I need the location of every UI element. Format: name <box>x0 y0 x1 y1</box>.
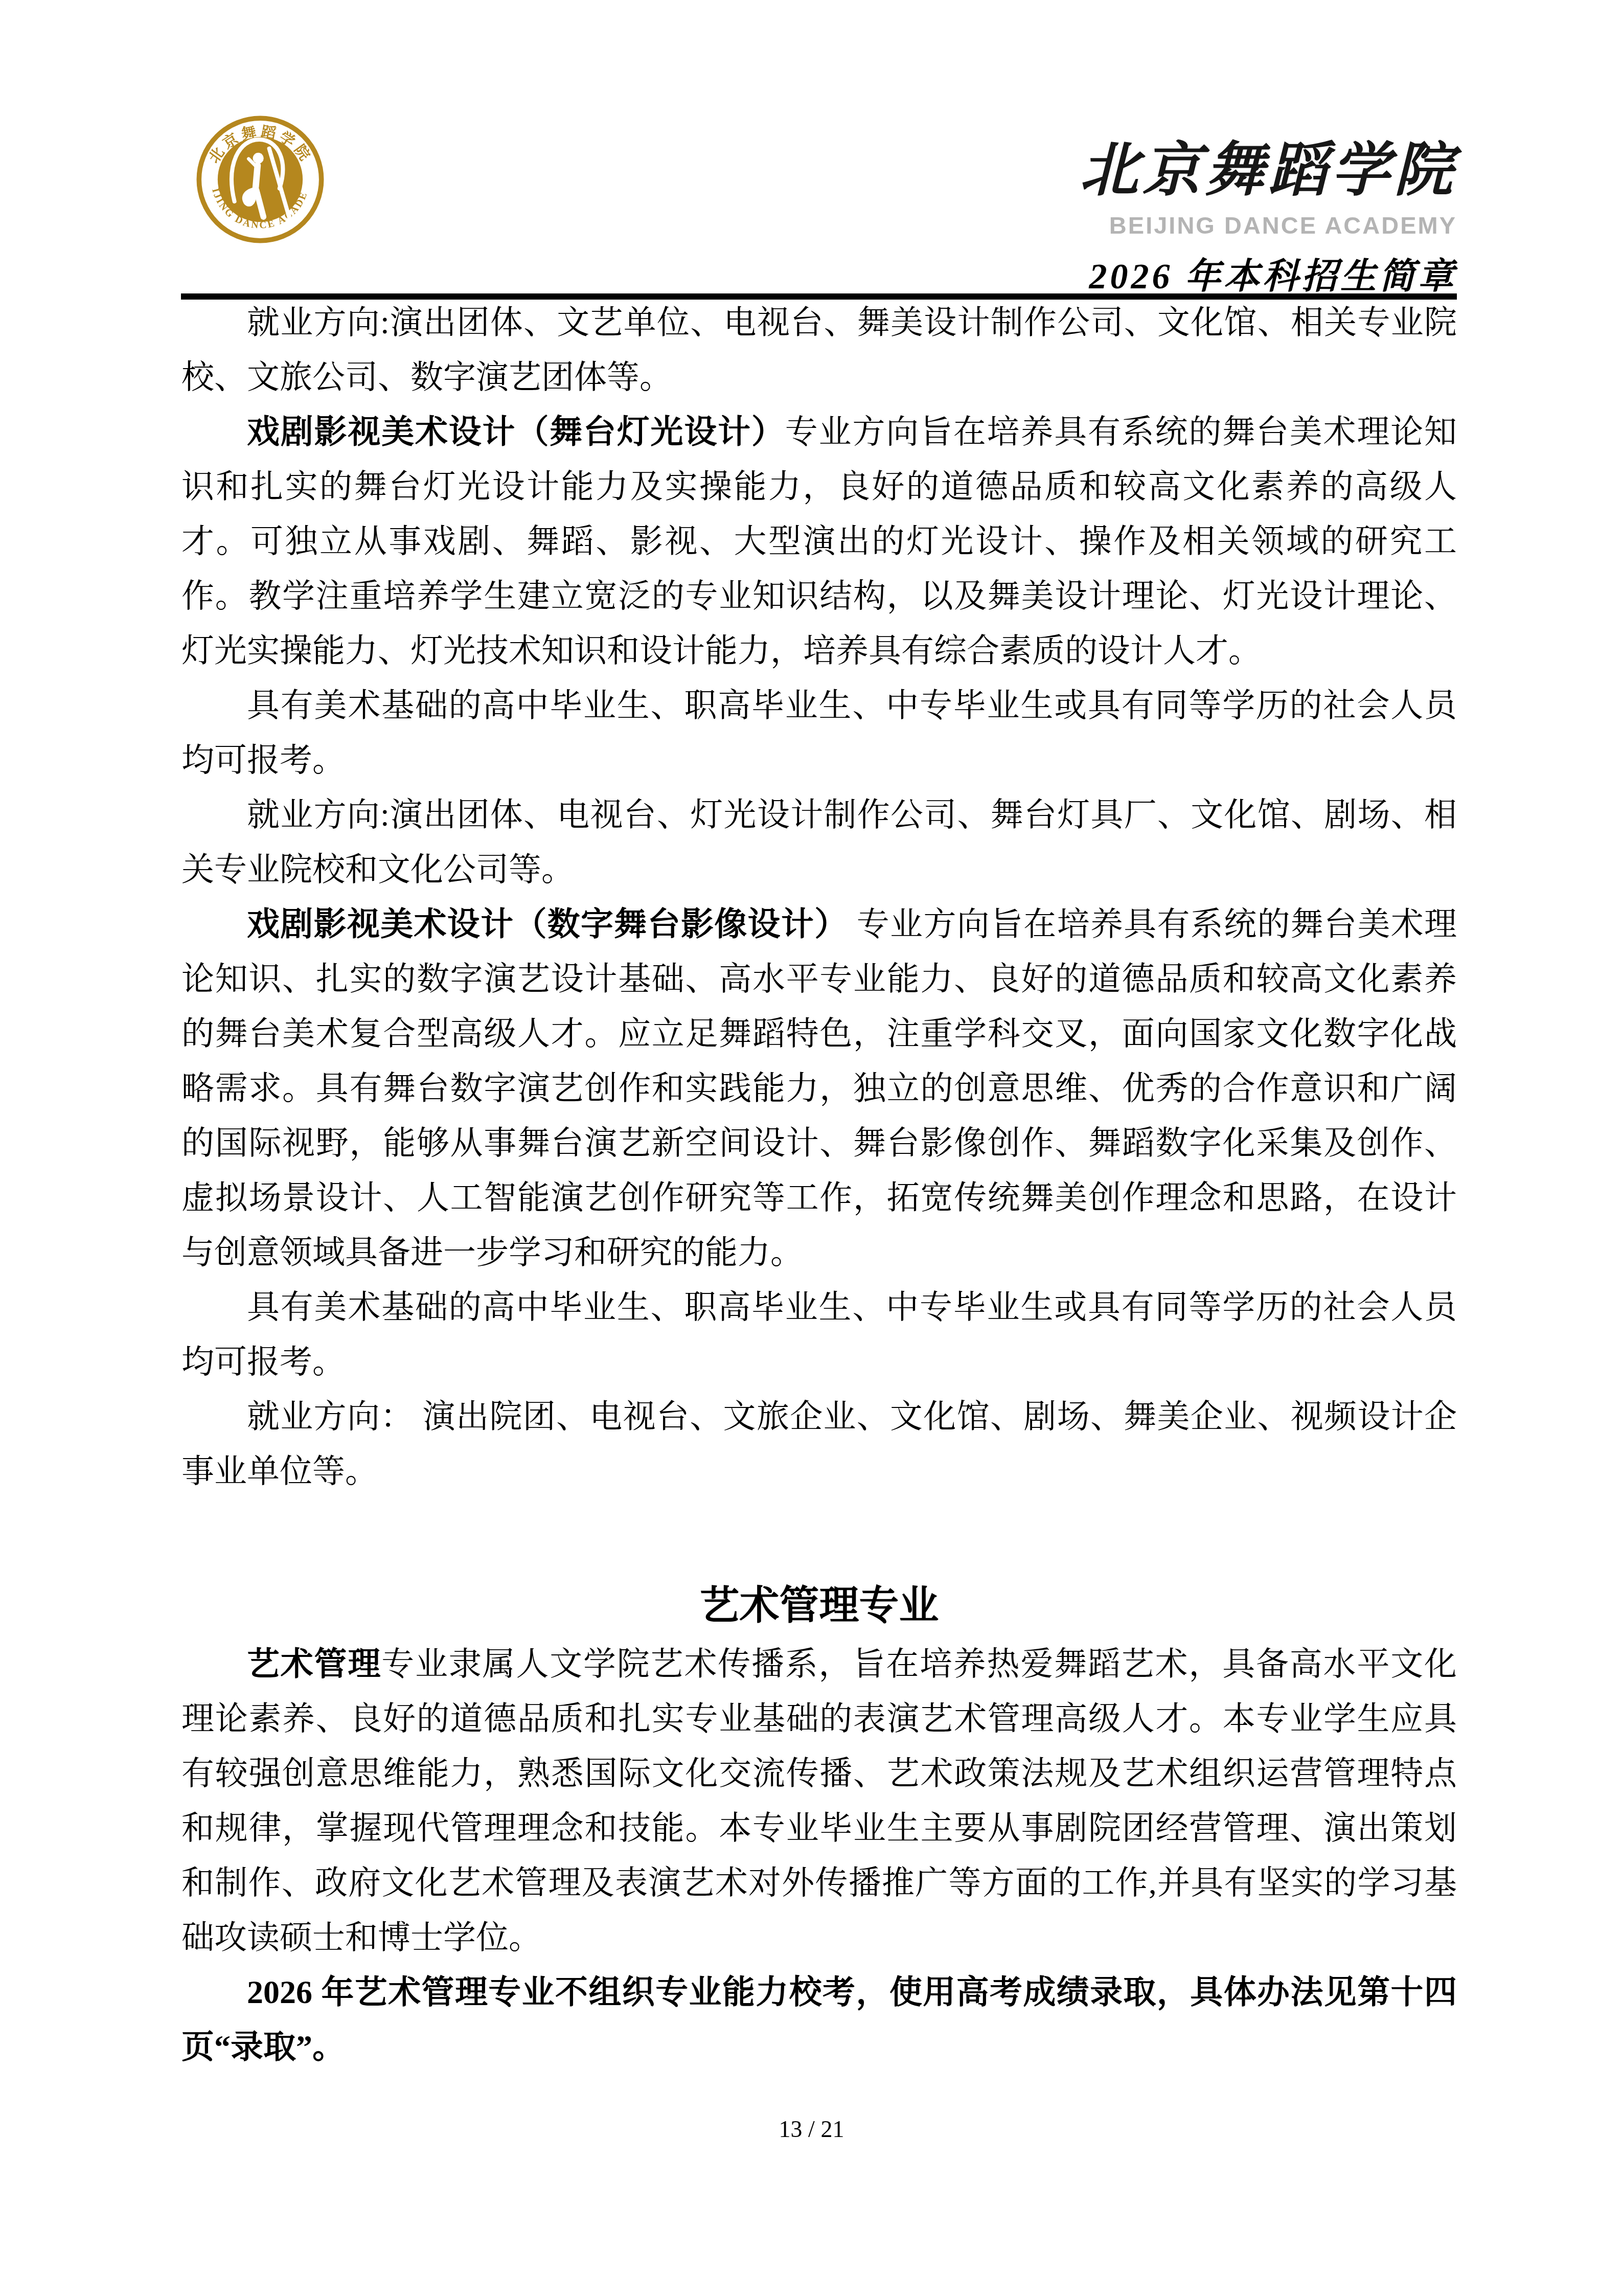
paragraph-text: 专业方向旨在培养具有系统的舞台美术理论知识和扎实的舞台灯光设计能力及实操能力，良… <box>181 414 1457 669</box>
paragraph-bold-lead: 戏剧影视美术设计（数字舞台影像设计） <box>247 906 848 942</box>
paragraph-text: 专业方向旨在培养具有系统的舞台美术理论知识、扎实的数字演艺设计基础、高水平专业能… <box>181 906 1457 1270</box>
beijing-dance-academy-seal-icon: 北京舞蹈学院 BEIJING DANCE ACADEMY <box>196 113 325 245</box>
document-body: 就业方向:演出团体、文艺单位、电视台、舞美设计制作公司、文化馆、相关专业院校、文… <box>181 295 1457 2074</box>
paragraph-text: 就业方向:演出团体、文艺单位、电视台、舞美设计制作公司、文化馆、相关专业院校、文… <box>181 304 1457 395</box>
paragraph-bold-lead: 戏剧影视美术设计（舞台灯光设计） <box>247 414 785 450</box>
document-header: 北京舞蹈学院 BEIJING DANCE ACADEMY 2026 年本科招生简… <box>1080 131 1457 299</box>
paragraph-text: 就业方向： 演出院团、电视台、文旅企业、文化馆、剧场、舞美企业、视频设计企事业单… <box>181 1398 1457 1489</box>
paragraph-bold-lead: 艺术管理 <box>247 1646 381 1682</box>
paragraph-text: 专业隶属人文学院艺术传播系，旨在培养热爱舞蹈艺术，具备高水平文化理论素养、良好的… <box>181 1646 1457 1956</box>
paragraph-text: 具有美术基础的高中毕业生、职高毕业生、中专毕业生或具有同等学历的社会人员均可报考… <box>181 687 1457 778</box>
document-page: 北京舞蹈学院 BEIJING DANCE ACADEMY 北京舞蹈学院 BEIJ… <box>0 0 1623 2296</box>
major-digital-stage-paragraph: 戏剧影视美术设计（数字舞台影像设计） 专业方向旨在培养具有系统的舞台美术理论知识… <box>181 897 1457 1280</box>
academy-seal-logo: 北京舞蹈学院 BEIJING DANCE ACADEMY <box>196 113 325 245</box>
employment-paragraph: 就业方向:演出团体、电视台、灯光设计制作公司、舞台灯具厂、文化馆、剧场、相关专业… <box>181 787 1457 897</box>
paragraph-text: 具有美术基础的高中毕业生、职高毕业生、中专毕业生或具有同等学历的社会人员均可报考… <box>181 1289 1457 1380</box>
employment-paragraph: 就业方向： 演出院团、电视台、文旅企业、文化馆、剧场、舞美企业、视频设计企事业单… <box>181 1389 1457 1498</box>
employment-paragraph: 就业方向:演出团体、文艺单位、电视台、舞美设计制作公司、文化馆、相关专业院校、文… <box>181 295 1457 404</box>
eligibility-paragraph: 具有美术基础的高中毕业生、职高毕业生、中专毕业生或具有同等学历的社会人员均可报考… <box>181 1280 1457 1389</box>
art-management-intro-paragraph: 艺术管理专业隶属人文学院艺术传播系，旨在培养热爱舞蹈艺术，具备高水平文化理论素养… <box>181 1636 1457 1965</box>
academy-en-title: BEIJING DANCE ACADEMY <box>1080 211 1457 239</box>
page-number: 13 / 21 <box>0 2116 1623 2143</box>
brochure-subtitle: 2026 年本科招生简章 <box>1080 247 1457 299</box>
paragraph-text: 就业方向:演出团体、电视台、灯光设计制作公司、舞台灯具厂、文化馆、剧场、相关专业… <box>181 797 1457 888</box>
academy-cn-title: 北京舞蹈学院 <box>1080 131 1457 210</box>
section-heading-art-management: 艺术管理专业 <box>181 1575 1457 1636</box>
paragraph-bold-lead: 2026 年艺术管理专业不组织专业能力校考，使用高考成绩录取，具体办法见第十四页… <box>181 1974 1457 2065</box>
major-stage-lighting-paragraph: 戏剧影视美术设计（舞台灯光设计）专业方向旨在培养具有系统的舞台美术理论知识和扎实… <box>181 404 1457 678</box>
admission-policy-paragraph: 2026 年艺术管理专业不组织专业能力校考，使用高考成绩录取，具体办法见第十四页… <box>181 1965 1457 2074</box>
eligibility-paragraph: 具有美术基础的高中毕业生、职高毕业生、中专毕业生或具有同等学历的社会人员均可报考… <box>181 678 1457 787</box>
